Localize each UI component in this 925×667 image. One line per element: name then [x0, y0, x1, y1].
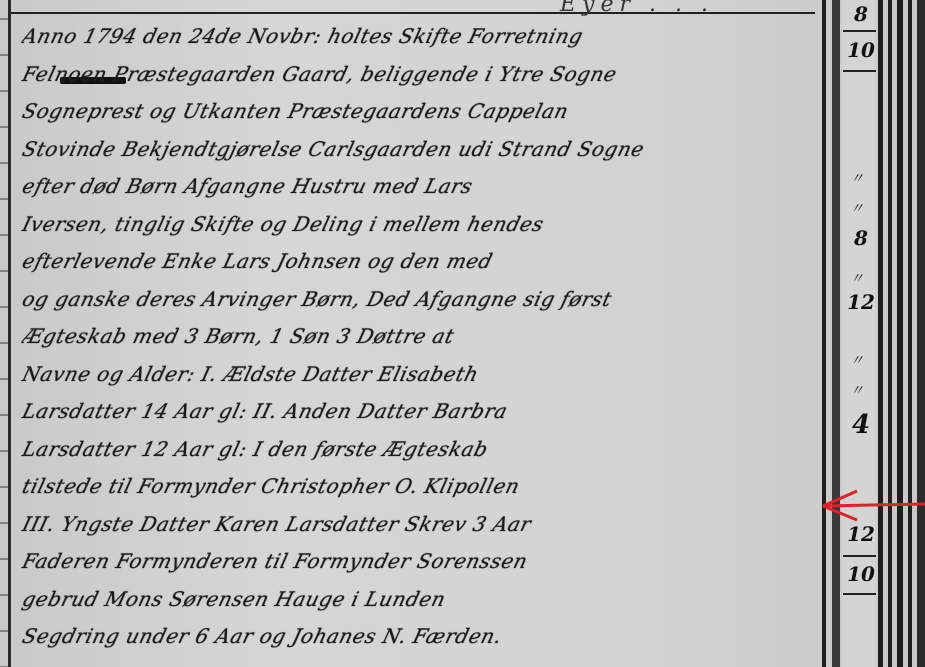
handwritten-text-block: Anno 1794 den 24de Novbr: holtes Skifte …: [18, 18, 818, 656]
left-margin-ticks: [0, 0, 8, 667]
text-line: Segdring under 6 Aar og Johanes N. Færde…: [18, 618, 827, 656]
margin-rule: [908, 0, 912, 667]
text-line: Navne og Alder: I. Ældste Datter Elisabe…: [18, 356, 827, 394]
text-line: Larsdatter 14 Aar gl: II. Anden Datter B…: [18, 393, 827, 431]
margin-ditto-mark: 〃: [850, 198, 864, 218]
margin-number: 10: [846, 38, 876, 62]
margin-number: 4: [846, 410, 876, 440]
margin-box-line: [843, 70, 876, 72]
text-line: tilstede til Formynder Christopher O. Kl…: [18, 468, 827, 506]
text-line: og ganske deres Arvinger Børn, Ded Afgan…: [18, 281, 827, 319]
text-line: gebrud Mons Sørensen Hauge i Lunden: [18, 581, 827, 619]
top-text-fragment: Eyer . . .: [560, 0, 714, 17]
manuscript-page: Eyer . . . Anno 1794 den 24de Novbr: hol…: [0, 0, 925, 667]
margin-number: 12: [846, 522, 876, 546]
text-line: Felnoen Præstegaarden Gaard, beliggende …: [18, 56, 827, 94]
margin-number: 8: [846, 2, 876, 26]
margin-ditto-mark: 〃: [850, 380, 864, 400]
margin-box-line: [843, 593, 876, 595]
text-line: efter død Børn Afgangne Hustru med Lars: [18, 168, 827, 206]
text-line: efterlevende Enke Lars Johnsen og den me…: [18, 243, 827, 281]
margin-ditto-mark: 〃: [850, 268, 864, 288]
margin-number: 10: [846, 562, 876, 586]
margin-rule: [832, 0, 840, 667]
left-margin-rule: [8, 0, 11, 667]
text-line: III. Yngste Datter Karen Larsdatter Skre…: [18, 506, 827, 544]
text-line: Faderen Formynderen til Formynder Sorens…: [18, 543, 827, 581]
text-line: Sogneprest og Utkanten Præstegaardens Ca…: [18, 93, 827, 131]
margin-box-line: [843, 555, 876, 557]
margin-number: 8: [846, 226, 876, 250]
margin-box-line: [843, 30, 876, 32]
margin-rule: [822, 0, 826, 667]
margin-rule: [897, 0, 903, 667]
text-line: Ægteskab med 3 Børn, 1 Søn 3 Døttre at: [18, 318, 827, 356]
red-arrow-icon: [815, 488, 925, 524]
margin-number: 12: [846, 290, 876, 314]
margin-rule: [917, 0, 925, 667]
text-line: Larsdatter 12 Aar gl: I den første Ægtes…: [18, 431, 827, 469]
margin-rule: [878, 0, 883, 667]
margin-rule: [888, 0, 892, 667]
margin-ditto-mark: 〃: [850, 350, 864, 370]
margin-ditto-mark: 〃: [850, 168, 864, 188]
text-line: Anno 1794 den 24de Novbr: holtes Skifte …: [18, 18, 827, 56]
text-line: Stovinde Bekjendtgjørelse Carlsgaarden u…: [18, 131, 827, 169]
text-line: Iversen, tinglig Skifte og Deling i mell…: [18, 206, 827, 244]
